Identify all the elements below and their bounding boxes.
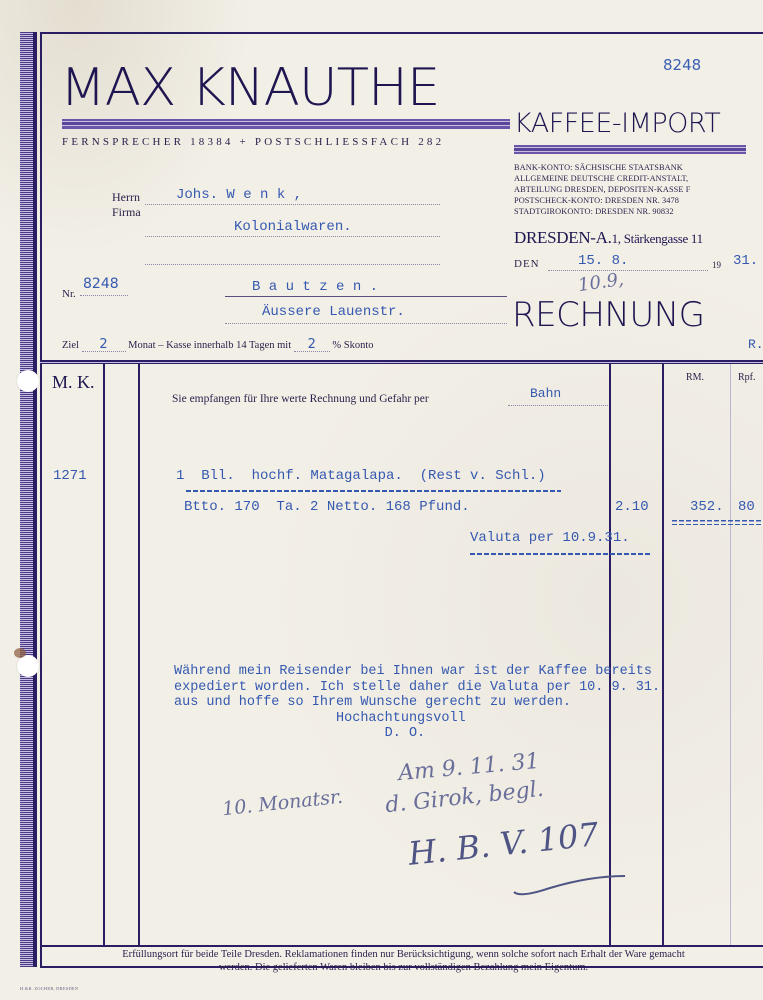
year-value: 31.	[733, 253, 758, 269]
item-description-underline	[186, 490, 561, 492]
recipient-nr: 8248	[83, 276, 119, 292]
ziel-label: Ziel	[62, 340, 79, 351]
bank-info-line: ALLGEMEINE DEUTSCHE CREDIT-ANSTALT,	[514, 173, 763, 184]
nr-label: Nr.	[62, 288, 76, 300]
frame-left-rule	[40, 32, 42, 967]
payment-terms: Ziel 2 Monat – Kasse innerhalb 14 Tagen …	[62, 339, 374, 352]
column-divider-desc	[138, 364, 140, 945]
shipping-method: Bahn	[530, 386, 561, 401]
letter-line: Hochachtungsvoll	[174, 711, 660, 727]
company-name: MAX KNAUTHE	[60, 62, 439, 114]
bank-info-line: STADTGIROKONTO: DRESDEN NR. 90832	[514, 206, 763, 217]
letter-line: D. O.	[174, 726, 660, 742]
letter-body: Während mein Reisender bei Ihnen war ist…	[174, 664, 660, 742]
business-type-rule	[514, 145, 746, 154]
footer-line: werden. Die gelieferten Waren bleiben bi…	[44, 962, 763, 975]
date-value: 15. 8.	[578, 253, 628, 269]
ziel-value: 2	[82, 339, 126, 352]
decorative-left-bar	[33, 32, 37, 967]
recipient-city: B a u t z e n .	[252, 279, 378, 295]
nr-line	[80, 295, 128, 296]
column-divider-mk	[103, 364, 105, 945]
column-divider-price	[609, 364, 611, 945]
document-number-stamp: 8248	[663, 56, 701, 74]
shipping-line	[508, 405, 608, 406]
letter-line: Während mein Reisender bei Ihnen war ist…	[174, 664, 660, 680]
herrn-label: Herrn	[112, 190, 140, 205]
valuta-date: Valuta per 10.9.31.	[470, 530, 630, 546]
item-weights: Btto. 170 Ta. 2 Netto. 168 Pfund.	[184, 499, 470, 515]
bank-info: BANK-KONTO: SÄCHSISCHE STAATSBANK ALLGEM…	[514, 162, 763, 217]
document-title: RECHNUNG	[512, 298, 705, 332]
date-line	[548, 270, 708, 271]
firma-label: Firma	[112, 205, 141, 220]
shipping-intro: Sie empfangen für Ihre werte Rechnung un…	[172, 393, 429, 405]
valuta-underline	[470, 553, 652, 555]
r-mark: R.	[748, 337, 763, 352]
skonto-value: 2	[294, 339, 330, 352]
printer-imprint: H.&R. ZOCHER, DRESDEN	[20, 986, 78, 991]
footer-line: Erfüllungsort für beide Teile Dresden. R…	[44, 949, 763, 962]
recipient-blank-line	[145, 264, 440, 265]
letter-line: expediert worden. Ich stelle daher die V…	[174, 680, 660, 696]
column-header-mk: M. K.	[52, 372, 95, 393]
punch-hole-icon	[17, 655, 39, 677]
table-bottom-rule	[40, 945, 763, 947]
recipient-street-line	[225, 323, 507, 324]
table-top-rule	[40, 360, 763, 364]
item-amount-rpf: 80	[738, 499, 755, 515]
column-divider-rm	[662, 364, 664, 945]
column-header-rpf: Rpf.	[738, 372, 756, 383]
skonto-label: % Skonto	[332, 340, 373, 351]
item-amount-rm: 352.	[690, 499, 724, 515]
sender-street: , Stärkengasse 11	[618, 231, 703, 246]
sender-address: DRESDEN-A.1, Stärkengasse 11	[514, 228, 703, 248]
monat-text: Monat – Kasse innerhalb 14 Tagen mit	[128, 340, 291, 351]
frame-top-rule	[40, 32, 763, 34]
recipient-name: Johs. W e n k ,	[176, 187, 302, 203]
recipient-street: Äussere Lauenstr.	[262, 304, 405, 320]
date-label: DEN	[514, 258, 540, 270]
letter-line: aus und hoffe so Ihrem Wunsche gerecht z…	[174, 695, 660, 711]
handwritten-underline-stroke	[510, 868, 630, 898]
recipient-business: Kolonialwaren.	[234, 219, 352, 235]
punch-hole-icon	[17, 370, 39, 392]
recipient-city-line	[225, 296, 507, 297]
column-header-rm: RM.	[686, 372, 704, 383]
bank-info-line: POSTSCHECK-KONTO: DRESDEN NR. 3478	[514, 195, 763, 206]
bank-info-line: ABTEILUNG DRESDEN, DEPOSITEN-KASSE F	[514, 184, 763, 195]
bank-info-line: BANK-KONTO: SÄCHSISCHE STAATSBANK	[514, 162, 763, 173]
column-divider-rpf	[730, 364, 731, 945]
business-type: KAFFEE-IMPORT	[514, 110, 720, 137]
item-unit-price: 2.10	[615, 499, 649, 515]
company-name-rule	[62, 119, 510, 129]
total-double-underline	[672, 520, 763, 525]
contact-line: FERNSPRECHER 18384 + POSTSCHLIESSFACH 28…	[62, 136, 444, 148]
footer-terms: Erfüllungsort für beide Teile Dresden. R…	[44, 949, 763, 974]
item-description: 1 Bll. hochf. Matagalapa. (Rest v. Schl.…	[176, 468, 546, 484]
item-mark: 1271	[53, 468, 87, 484]
sender-city: DRESDEN-A.	[514, 228, 612, 247]
recipient-name-line	[145, 204, 440, 205]
year-prefix: 19	[712, 260, 721, 270]
rust-stain	[14, 648, 26, 658]
recipient-business-line	[145, 236, 440, 237]
